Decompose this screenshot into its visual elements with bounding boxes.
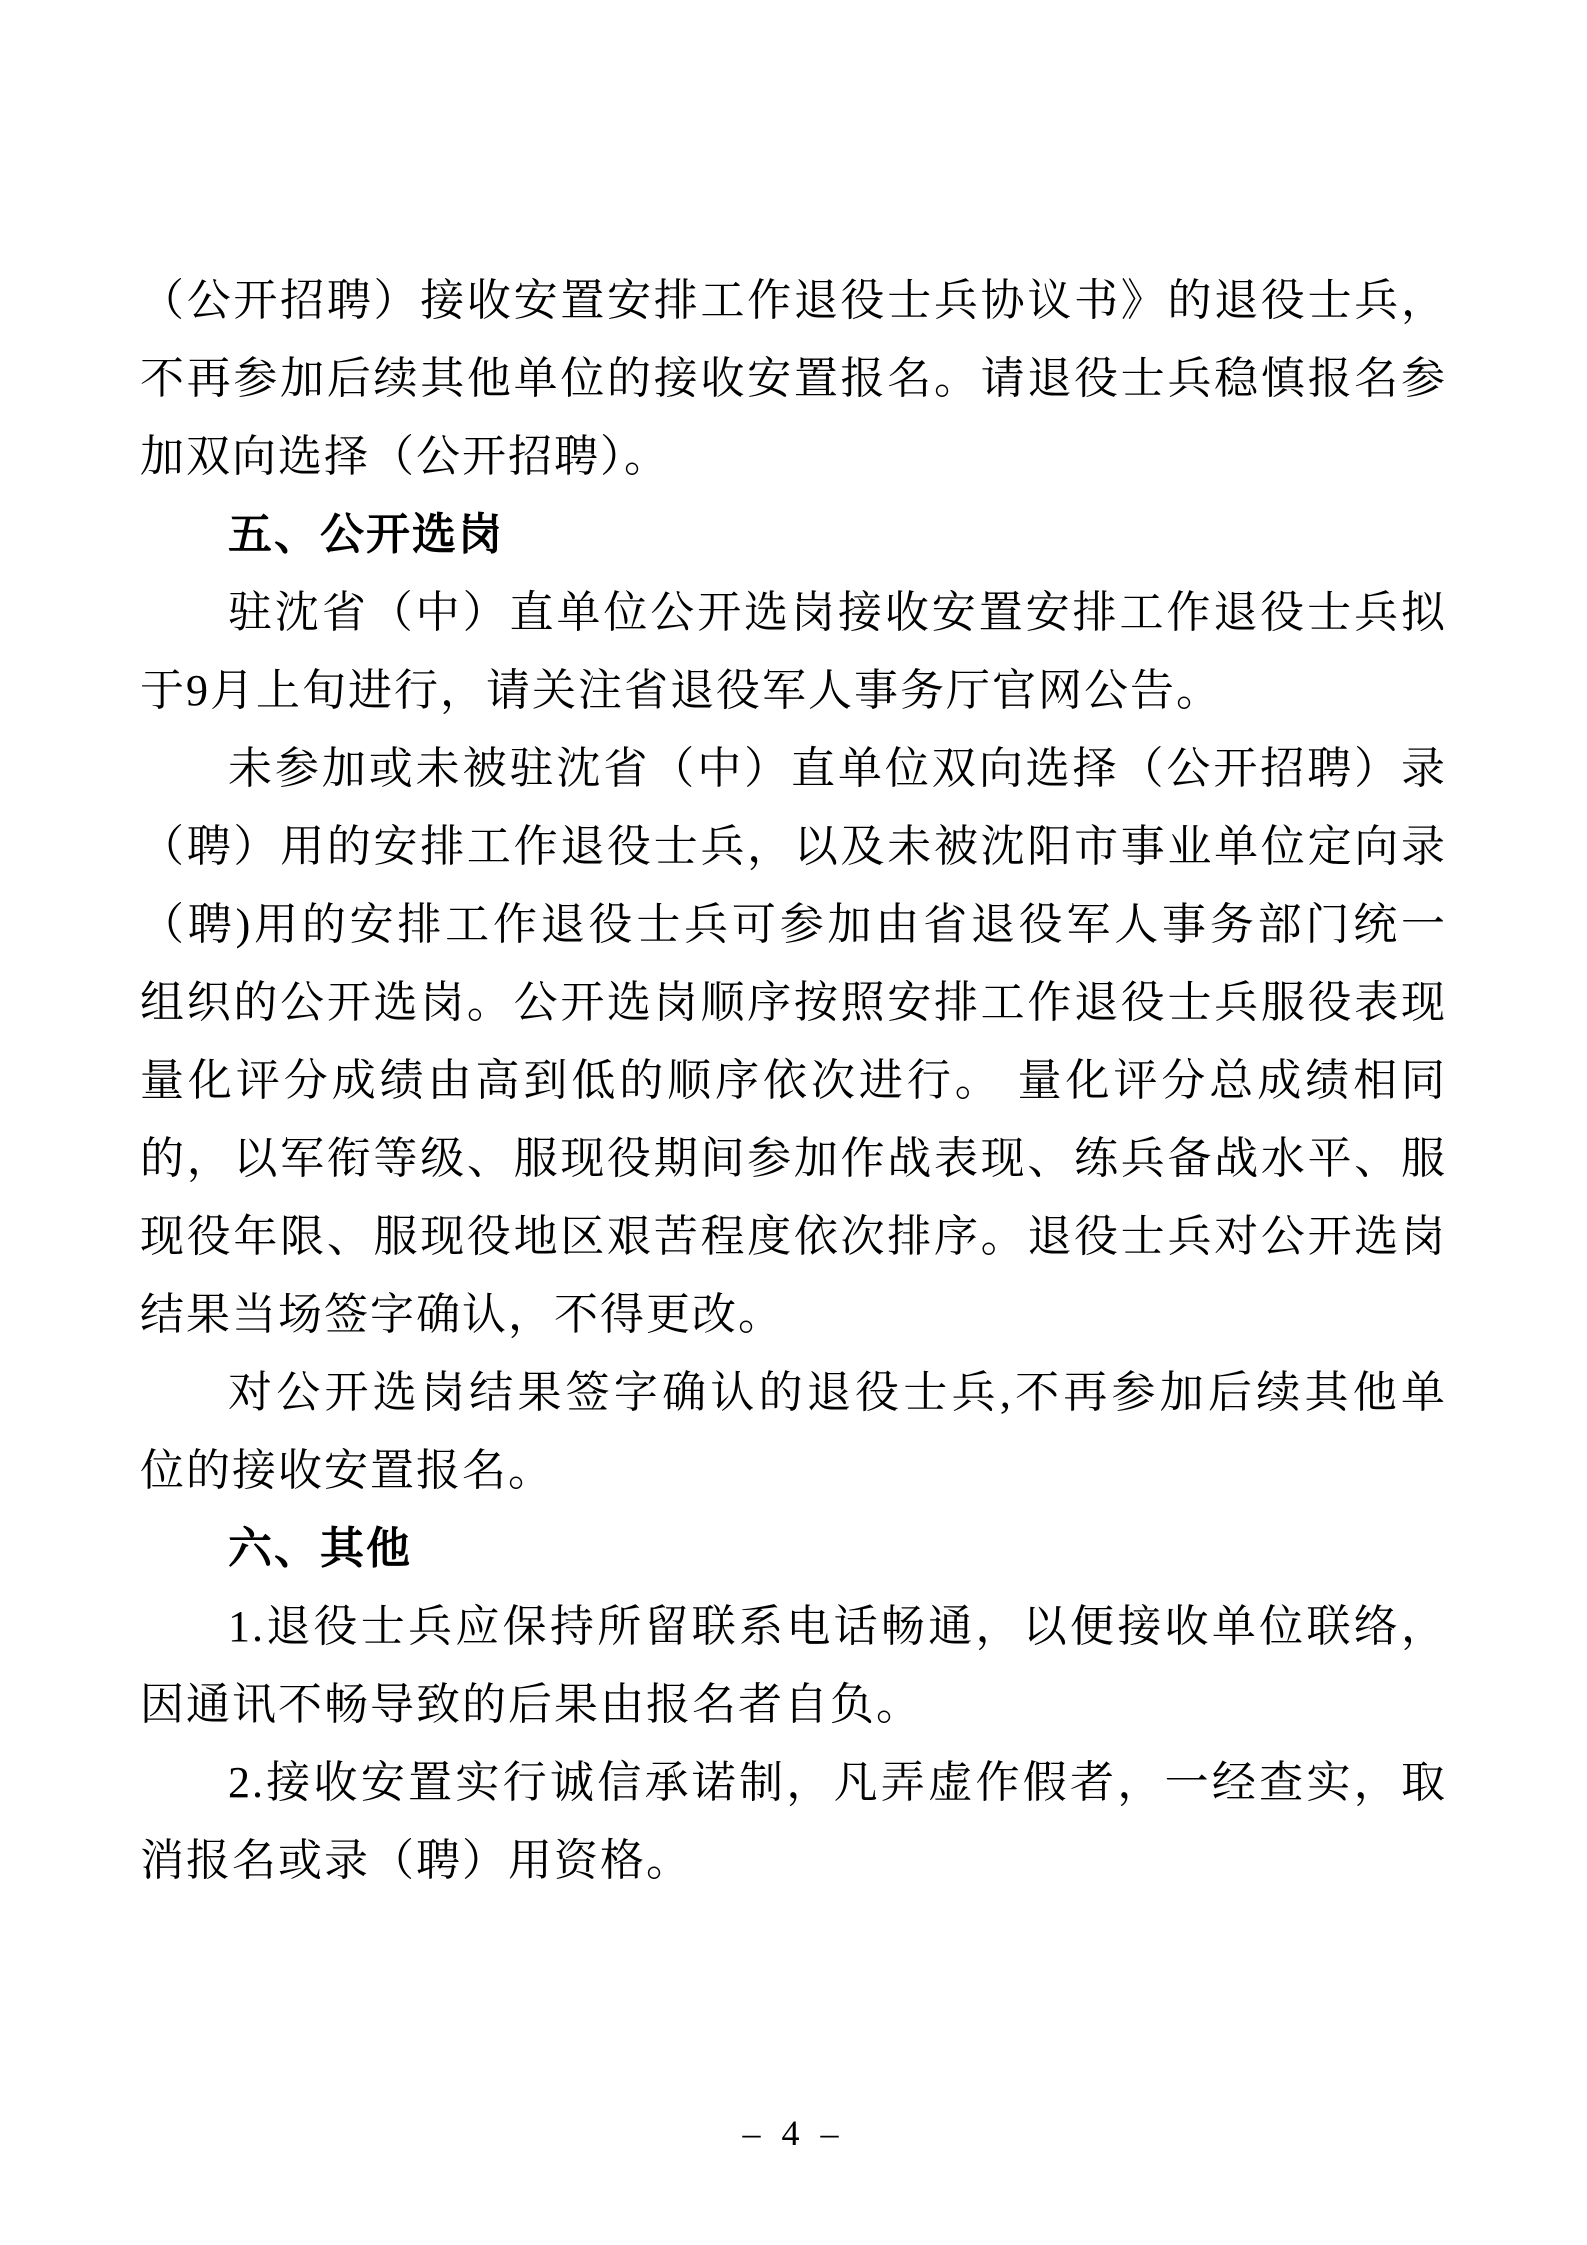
section-heading: 五、公开选岗 [140,496,1447,574]
body-line: 驻沈省（中）直单位公开选岗接收安置安排工作退役士兵拟 [140,574,1447,652]
page-footer: – 4 – [0,2112,1587,2154]
body-line: 未参加或未被驻沈省（中）直单位双向选择（公开招聘）录 [140,730,1447,808]
body-line: 位的接收安置报名。 [140,1432,1447,1510]
body-line: 1.退役士兵应保持所留联系电话畅通，以便接收单位联络， [140,1588,1447,1666]
body-line: 加双向选择（公开招聘）。 [140,418,1447,496]
body-line: 的，以军衔等级、服现役期间参加作战表现、练兵备战水平、服 [140,1120,1447,1198]
document-page: （公开招聘）接收安置安排工作退役士兵协议书》的退役士兵， 不再参加后续其他单位的… [0,0,1587,2245]
body-line: 组织的公开选岗。公开选岗顺序按照安排工作退役士兵服役表现 [140,964,1447,1042]
body-line: 量化评分成绩由高到低的顺序依次进行。 量化评分总成绩相同 [140,1042,1447,1120]
body-line: 于9月上旬进行，请关注省退役军人事务厅官网公告。 [140,652,1447,730]
body-line: 消报名或录（聘）用资格。 [140,1822,1447,1900]
body-line: （聘)用的安排工作退役士兵可参加由省退役军人事务部门统一 [140,886,1447,964]
body-line: 结果当场签字确认，不得更改。 [140,1276,1447,1354]
body-line: 2.接收安置实行诚信承诺制，凡弄虚作假者，一经查实，取 [140,1744,1447,1822]
body-line: （公开招聘）接收安置安排工作退役士兵协议书》的退役士兵， [140,262,1447,340]
section-heading: 六、其他 [140,1510,1447,1588]
document-body: （公开招聘）接收安置安排工作退役士兵协议书》的退役士兵， 不再参加后续其他单位的… [140,262,1447,1900]
body-line: 因通讯不畅导致的后果由报名者自负。 [140,1666,1447,1744]
body-line: 现役年限、服现役地区艰苦程度依次排序。退役士兵对公开选岗 [140,1198,1447,1276]
body-line: （聘）用的安排工作退役士兵，以及未被沈阳市事业单位定向录 [140,808,1447,886]
body-line: 不再参加后续其他单位的接收安置报名。请退役士兵稳慎报名参 [140,340,1447,418]
page-number: – 4 – [743,2113,845,2153]
body-line: 对公开选岗结果签字确认的退役士兵,不再参加后续其他单 [140,1354,1447,1432]
